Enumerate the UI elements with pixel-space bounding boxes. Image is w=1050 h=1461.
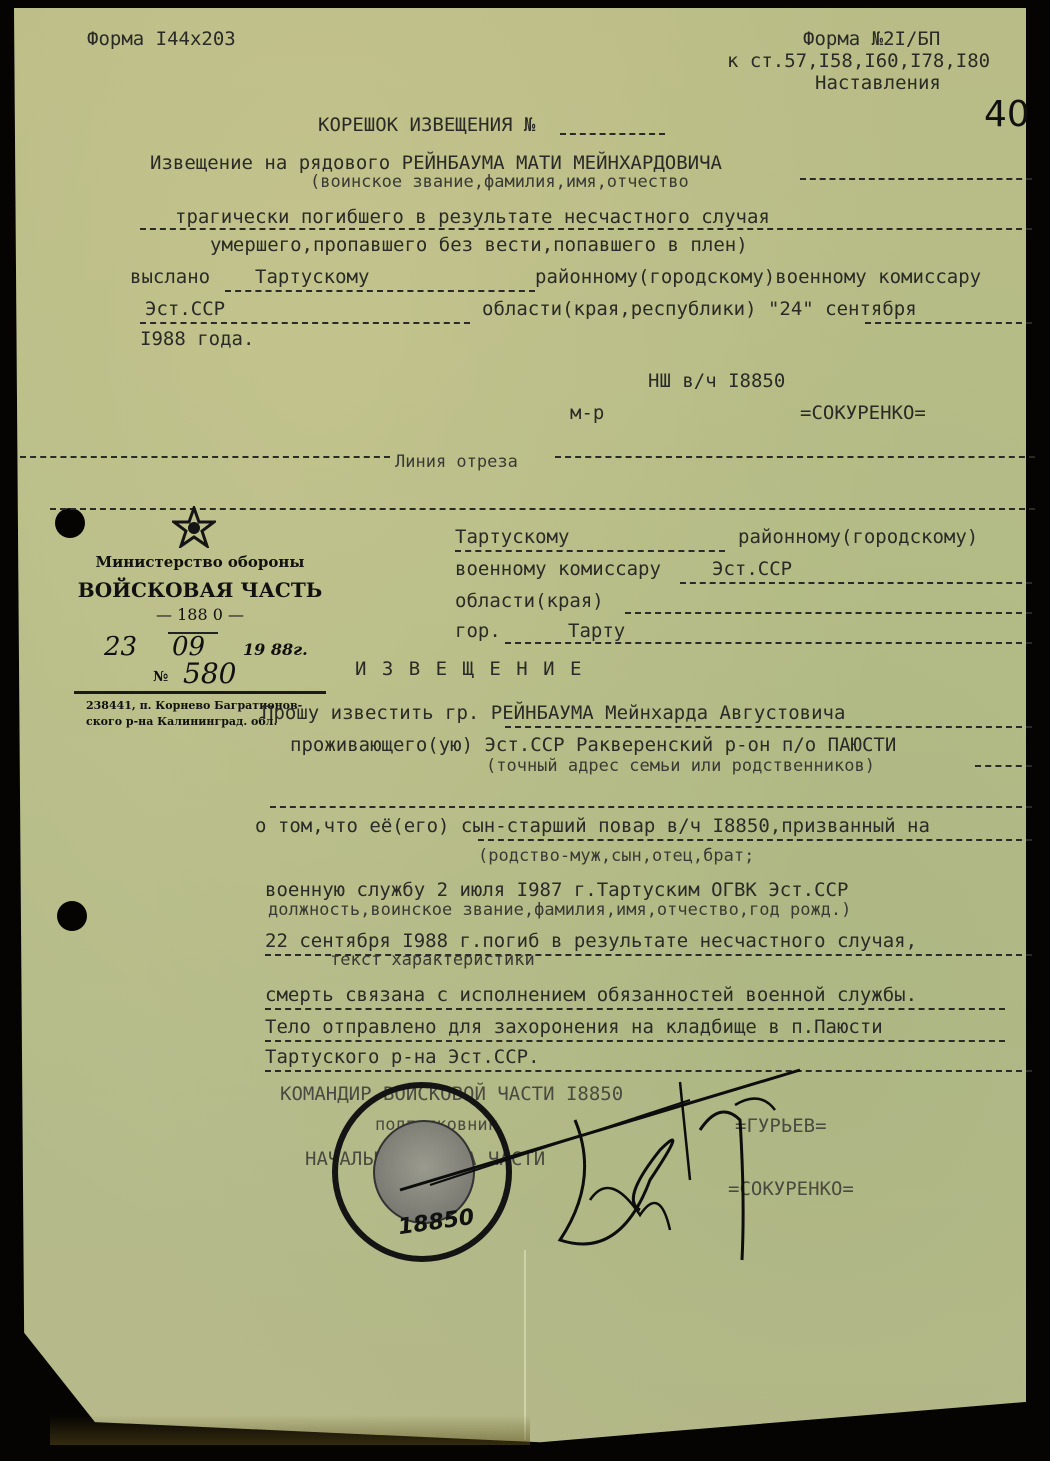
signature-strokes (0, 0, 1050, 1461)
